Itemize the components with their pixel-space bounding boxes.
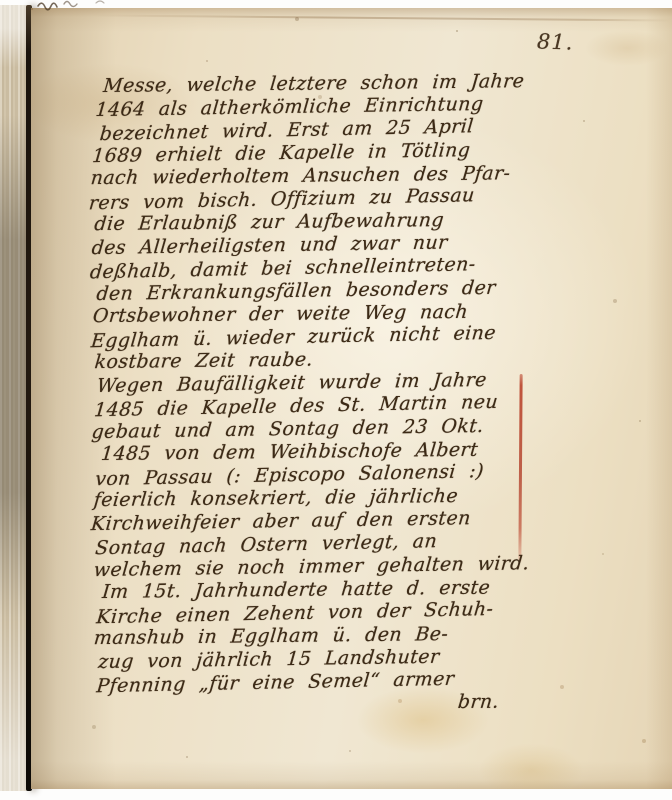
paper-crease bbox=[91, 14, 672, 21]
manuscript-scan: 81. Messe, welche letztere schon im Jahr… bbox=[0, 0, 672, 800]
book-page-edges bbox=[0, 5, 27, 791]
ink-marks-top-edge bbox=[34, 0, 144, 16]
foxing-spots bbox=[31, 8, 33, 10]
handwriting-block: Messe, welche letztere schon im Jahre146… bbox=[96, 69, 552, 720]
handwriting-lines: Messe, welche letztere schon im Jahre146… bbox=[96, 69, 552, 697]
catchword: brn. bbox=[457, 690, 553, 714]
page-number: 81. bbox=[537, 29, 574, 54]
